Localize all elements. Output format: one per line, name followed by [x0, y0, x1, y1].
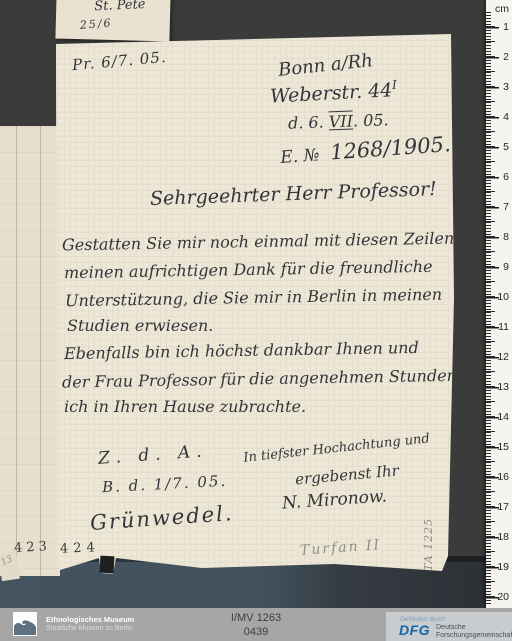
ruler-label: 5: [493, 141, 509, 153]
scan-viewer: 13 St. Pete 25/6 Pr. 6/7. 05. Bonn a/Rh …: [0, 0, 512, 641]
header-street-floor: I: [392, 78, 397, 92]
header-place: Bonn a/Rh: [277, 50, 374, 81]
ruler-label: 10: [493, 291, 509, 303]
cm-ruler: cm 1 2 3 4 5 6 7 8 9 10 11 12 13 14 15 1…: [486, 0, 512, 608]
disposal-note-line: Z. d. A.: [97, 441, 208, 469]
ruler-label: 6: [493, 171, 509, 183]
registry-label: E. №: [280, 145, 321, 168]
ruler-unit-label: cm: [493, 3, 509, 15]
underpage-text-line1: St. Pete: [94, 0, 146, 14]
ruler-label: 16: [493, 471, 509, 483]
closing-line: In tiefster Hochachtung und: [243, 431, 431, 465]
ruler-label: 19: [493, 561, 509, 573]
pencil-shelfmark-vertical: TA 1225: [422, 493, 435, 571]
page-tear: [100, 556, 115, 574]
pencil-page-number: 424: [60, 540, 100, 556]
pencil-page-number: 423: [14, 539, 52, 556]
ruler-label: 15: [493, 441, 509, 453]
dfg-logo: DFG: [399, 622, 430, 638]
header-street: Weberstr. 44I: [269, 78, 397, 108]
disposal-note-line: B. d. 1/7. 05.: [102, 472, 228, 497]
body-line: Studien erwiesen.: [67, 316, 213, 335]
closing-line: ergebenst Ihr: [294, 462, 399, 489]
page-edge-line: [40, 126, 41, 576]
header-date-pre: d. 6.: [288, 113, 324, 133]
ruler-label: 12: [493, 351, 509, 363]
body-line: Gestatten Sie mir noch einmal mit diesen…: [62, 229, 454, 255]
ruler-label: 20: [493, 591, 509, 603]
ruler-label: 13: [493, 381, 509, 393]
ruler-label: 11: [493, 321, 509, 333]
underlying-page-top: St. Pete 25/6: [55, 0, 170, 41]
ruler-label: 1: [493, 21, 509, 33]
dfg-funding-panel: Gefördert durch DFG Deutsche Forschungsg…: [386, 612, 512, 641]
ruler-label: 14: [493, 411, 509, 423]
body-line: meinen aufrichtigen Dank für die freundl…: [64, 257, 433, 282]
sender-signature: N. Mironow.: [281, 486, 387, 513]
underpage-text-line2: 25/6: [79, 16, 113, 32]
ruler-label: 18: [493, 531, 509, 543]
disposal-signature: Grünwedel.: [89, 501, 234, 535]
pencil-corner-number: 13: [0, 554, 14, 568]
ruler-label: 4: [493, 111, 509, 123]
ruler-label: 8: [493, 231, 509, 243]
letter-page: Pr. 6/7. 05. Bonn a/Rh Weberstr. 44I d. …: [52, 28, 456, 575]
dfg-name-line2: Forschungsgemeinschaft: [436, 632, 512, 640]
dfg-name-line1: Deutsche: [436, 624, 512, 632]
pencil-note-turfan: Turfan II: [300, 537, 382, 559]
header-date-roman: VII: [328, 111, 353, 131]
page-edge-line: [16, 126, 17, 576]
header-registry: E. № 1268/1905.: [279, 132, 451, 168]
received-note: Pr. 6/7. 05.: [71, 48, 167, 74]
salutation: Sehrgeehrter Herr Professor!: [150, 178, 437, 210]
page-stack-left: [0, 126, 60, 576]
ruler-label: 9: [493, 261, 509, 273]
ruler-label: 7: [493, 201, 509, 213]
ruler-label: 17: [493, 501, 509, 513]
ruler-label: 3: [493, 81, 509, 93]
ruler-label: 2: [493, 51, 509, 63]
dfg-name: Deutsche Forschungsgemeinschaft: [436, 624, 512, 640]
body-line: Ebenfalls bin ich höchst dankbar Ihnen u…: [64, 338, 419, 363]
registry-number: 1268/1905.: [329, 132, 451, 164]
body-line: Unterstützung, die Sie mir in Berlin in …: [65, 285, 442, 311]
header-street-text: Weberstr. 44: [270, 79, 393, 107]
body-line: der Frau Professor für die angenehmen St…: [62, 365, 483, 391]
header-date: d. 6. VII. 05.: [288, 110, 389, 132]
archive-footer-bar: Ethnologisches Museum Staatliche Museen …: [0, 608, 512, 641]
body-line: ich in Ihren Hause zubrachte.: [64, 397, 306, 416]
header-date-post: . 05.: [353, 110, 389, 130]
